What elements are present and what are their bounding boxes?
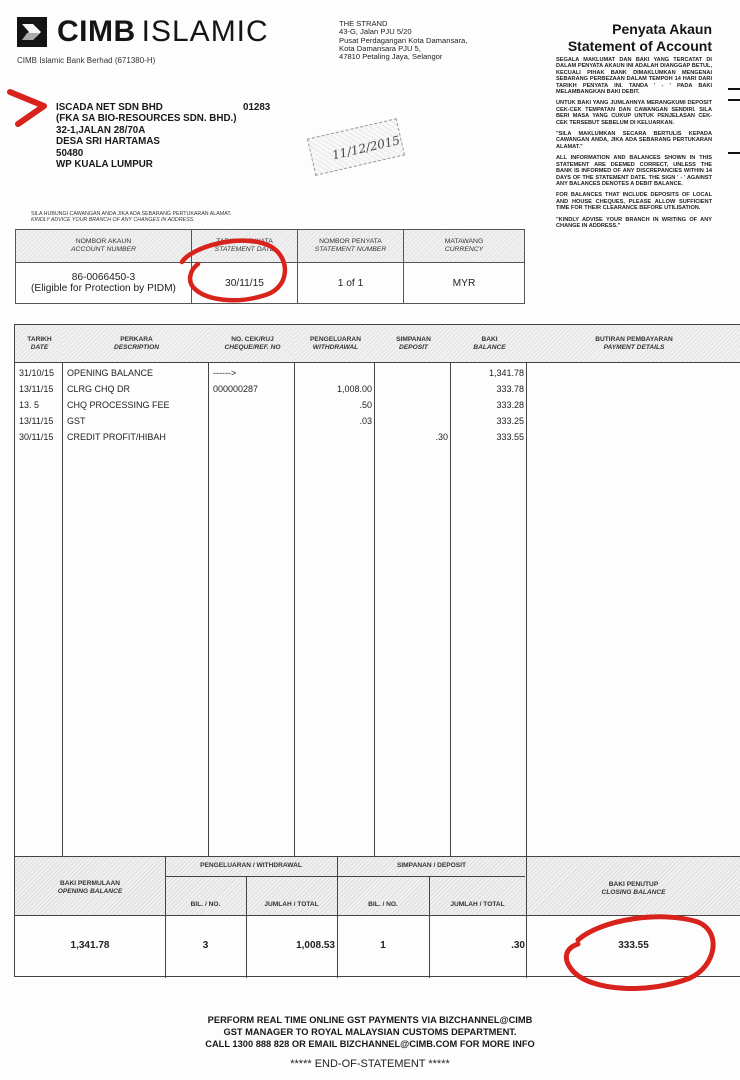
advise-english: KINDLY ADVICE YOUR BRANCH OF ANY CHANGES… (31, 217, 231, 223)
arrow-mark-icon (10, 92, 44, 124)
currency: MYR (404, 263, 525, 304)
cell-date: 30/11/15 (19, 429, 53, 445)
statement-notices: SEGALA MAKLUMAT DAN BAKI YANG TERCATAT D… (556, 57, 712, 234)
notice: "KINDLY ADVISE YOUR BRANCH IN WRITING OF… (556, 217, 712, 230)
table-row: 31/10/15OPENING BALANCE------>1,341.78 (15, 365, 527, 381)
statement-date: 30/11/15 (192, 263, 298, 304)
cell-withdrawal: .50 (295, 397, 372, 413)
column-divider (527, 325, 740, 857)
cell-date: 13. 5 (19, 397, 39, 413)
notice: FOR BALANCES THAT INCLUDE DEPOSITS OF LO… (556, 192, 712, 211)
footer-line: PERFORM REAL TIME ONLINE GST PAYMENTS VI… (0, 1014, 740, 1026)
opening-balance-label: BAKI PERMULAANOPENING BALANCE (15, 880, 165, 896)
cell-balance: 1,341.78 (451, 365, 524, 381)
notice: ALL INFORMATION AND BALANCES SHOWN IN TH… (556, 155, 712, 187)
column-header-ref: NO. CEK/RUJCHEQUE/REF. NO (209, 325, 296, 363)
deposit-group-label: SIMPANAN / DEPOSIT (337, 862, 526, 870)
header-statement-date: TARIKH PENYATASTATEMENT DATE (192, 230, 298, 263)
cell-date: 31/10/15 (19, 365, 54, 381)
column-header-description: PERKARADESCRIPTION (63, 325, 210, 363)
branch-line: 47810 Petaling Jaya, Selangor (339, 53, 467, 61)
table-row: 13/11/15GST.03333.25 (15, 413, 527, 429)
cell-balance: 333.28 (451, 397, 524, 413)
account-number: 86-0066450-3(Eligible for Protection by … (16, 263, 192, 304)
footer-line: CALL 1300 888 828 OR EMAIL BIZCHANNEL@CI… (0, 1038, 740, 1050)
customer-code: 01283 (243, 102, 270, 113)
fold-mark (728, 152, 740, 154)
opening-balance-value: 1,341.78 (15, 940, 165, 951)
notice: UNTUK BAKI YANG JUMLAHNYA MERANGKUMI DEP… (556, 100, 712, 126)
document-title: Penyata Akaun Statement of Account (568, 21, 712, 55)
withdrawal-total-label: JUMLAH / TOTAL (246, 901, 337, 909)
address-change-notice: SILA HUBUNGI CAWANGAN ANDA JIKA ADA SEBA… (31, 211, 231, 223)
transactions-table: TARIKHDATEPERKARADESCRIPTIONNO. CEK/RUJC… (14, 324, 740, 857)
cell-ref: ------> (213, 365, 236, 381)
header-account-number: NOMBOR AKAUNACCOUNT NUMBER (16, 230, 192, 263)
cell-deposit: .30 (375, 429, 448, 445)
column-header-withdrawal: PENGELUARANWITHDRAWAL (295, 325, 376, 363)
cell-description: CLRG CHQ DR (67, 381, 130, 397)
title-malay: Penyata Akaun (568, 21, 712, 38)
address-line: 32-1,JALAN 28/70A (56, 125, 237, 136)
withdrawal-group-label: PENGELUARAN / WITHDRAWAL (165, 862, 337, 870)
cell-description: OPENING BALANCE (67, 365, 153, 381)
table-row: 30/11/15CREDIT PROFIT/HIBAH.30333.55 (15, 429, 527, 445)
table-row: 13/11/15CLRG CHQ DR0000002871,008.00333.… (15, 381, 527, 397)
cell-balance: 333.78 (451, 381, 524, 397)
fold-mark (728, 99, 740, 101)
deposit-total-value: .30 (429, 940, 525, 951)
fold-mark (728, 88, 740, 90)
logo-text-islamic: ISLAMIC (142, 15, 269, 49)
address-line: WP KUALA LUMPUR (56, 159, 237, 170)
closing-balance-label: BAKI PENUTUPCLOSING BALANCE (526, 881, 740, 897)
table-row: 13. 5CHQ PROCESSING FEE.50333.28 (15, 397, 527, 413)
customer-name: ISCADA NET SDN BHD (56, 102, 237, 113)
header-statement-number: NOMBOR PENYATASTATEMENT NUMBER (298, 230, 404, 263)
logo-text-cimb: CIMB (57, 15, 136, 49)
gst-promo-footer: PERFORM REAL TIME ONLINE GST PAYMENTS VI… (0, 1014, 740, 1050)
cimb-chevron-icon (17, 17, 47, 47)
header-currency: MATAWANGCURRENCY (404, 230, 525, 263)
end-of-statement: ***** END-OF-STATEMENT ***** (0, 1058, 740, 1070)
column-header-date: TARIKHDATE (15, 325, 64, 363)
cell-balance: 333.55 (451, 429, 524, 445)
address-line: 50480 (56, 148, 237, 159)
withdrawal-total-value: 1,008.53 (246, 940, 335, 951)
notice: "SILA MAKLUMKAN SECARA BERTULIS KEPADA C… (556, 131, 712, 150)
column-header-deposit: SIMPANANDEPOSIT (375, 325, 452, 363)
bank-logo: CIMB ISLAMIC (17, 16, 269, 48)
statement-number: 1 of 1 (298, 263, 404, 304)
bank-legal-name: CIMB Islamic Bank Berhad (671380-H) (17, 56, 155, 65)
closing-balance-value: 333.55 (526, 940, 740, 951)
address-line: (FKA SA BIO-RESOURCES SDN. BHD.) (56, 113, 237, 124)
deposit-count-label: BIL. / NO. (337, 901, 429, 909)
cell-withdrawal: 1,008.00 (295, 381, 372, 397)
notice: SEGALA MAKLUMAT DAN BAKI YANG TERCATAT D… (556, 57, 712, 95)
cell-date: 13/11/15 (19, 381, 53, 397)
column-header-payment-details: BUTIRAN PEMBAYARANPAYMENT DETAILS (527, 325, 740, 363)
withdrawal-count-label: BIL. / NO. (165, 901, 246, 909)
title-english: Statement of Account (568, 38, 712, 55)
customer-address: ISCADA NET SDN BHD (FKA SA BIO-RESOURCES… (56, 102, 237, 170)
stamp-date: 11/12/2015 (331, 133, 402, 162)
cell-ref: 000000287 (213, 381, 258, 397)
cell-description: GST (67, 413, 86, 429)
cell-description: CREDIT PROFIT/HIBAH (67, 429, 166, 445)
address-line: DESA SRI HARTAMAS (56, 136, 237, 147)
footer-line: GST MANAGER TO ROYAL MALAYSIAN CUSTOMS D… (0, 1026, 740, 1038)
cell-date: 13/11/15 (19, 413, 53, 429)
summary-table: BAKI PERMULAANOPENING BALANCE PENGELUARA… (14, 856, 740, 977)
branch-address: THE STRAND 43-G, Jalan PJU 5/20 Pusat Pe… (339, 20, 467, 61)
column-header-balance: BAKIBALANCE (451, 325, 528, 363)
withdrawal-count-value: 3 (165, 940, 246, 951)
received-stamp: 11/12/2015 (307, 118, 405, 176)
cell-balance: 333.25 (451, 413, 524, 429)
account-info-table: NOMBOR AKAUNACCOUNT NUMBER TARIKH PENYAT… (15, 229, 525, 304)
cell-description: CHQ PROCESSING FEE (67, 397, 170, 413)
cell-withdrawal: .03 (295, 413, 372, 429)
deposit-total-label: JUMLAH / TOTAL (429, 901, 526, 909)
deposit-count-value: 1 (337, 940, 429, 951)
